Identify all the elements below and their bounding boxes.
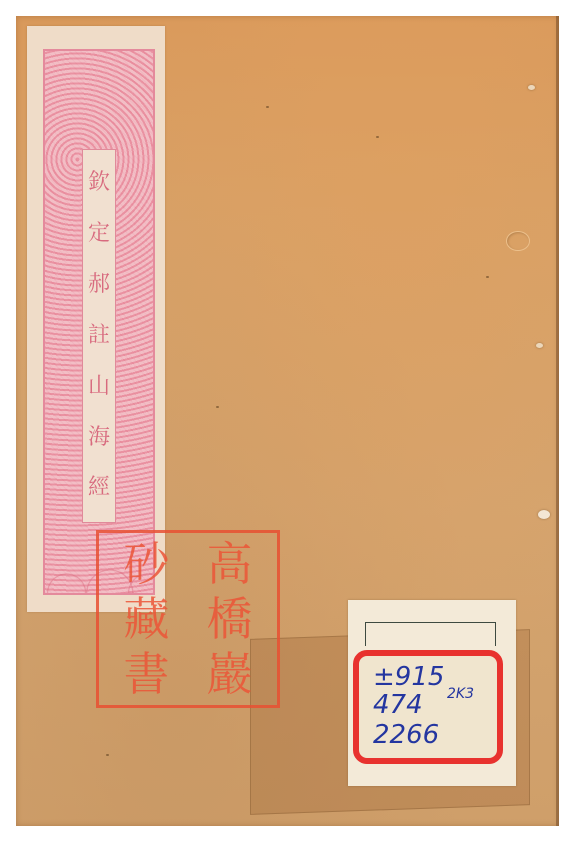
title-char: 山 — [88, 376, 110, 398]
binding-hole — [536, 343, 543, 348]
title-char: 定 — [88, 223, 110, 245]
title-char: 海 — [88, 427, 110, 449]
call-number-line: 2266 — [373, 722, 439, 748]
label-bracket — [365, 622, 496, 646]
title-char: 註 — [88, 325, 110, 347]
title-char: 郝 — [88, 274, 110, 296]
seal-char: 砂 — [105, 537, 188, 592]
seal-char: 藏 — [105, 592, 188, 647]
call-number-annotation: 2K3 — [447, 686, 474, 702]
call-number-line: 474 — [373, 692, 423, 718]
paper-speck — [376, 136, 379, 138]
seal-char: 高 — [188, 537, 271, 592]
call-number-line: ±915 — [373, 664, 444, 690]
title-slip: 欽 定 郝 註 山 海 經 — [27, 26, 165, 612]
cover-edge — [556, 16, 559, 826]
seal-char: 橋 — [188, 592, 271, 647]
paper-wrinkle — [506, 231, 530, 251]
slip-ornamental-border: 欽 定 郝 註 山 海 經 — [43, 49, 155, 595]
call-number-label: ±915 474 2K3 2266 — [348, 600, 516, 786]
paper-speck — [106, 754, 109, 756]
collector-seal: 高 橋 巖 砂 藏 書 — [96, 530, 280, 708]
title-char: 經 — [88, 477, 110, 499]
seal-char: 巖 — [188, 646, 271, 701]
book-title: 欽 定 郝 註 山 海 經 — [82, 149, 116, 523]
seal-char: 書 — [105, 646, 188, 701]
binding-hole — [538, 510, 550, 519]
paper-speck — [216, 406, 219, 408]
binding-hole — [528, 85, 535, 90]
label-red-frame: ±915 474 2K3 2266 — [353, 650, 503, 764]
title-char: 欽 — [88, 172, 110, 194]
paper-speck — [266, 106, 269, 108]
book-cover: 欽 定 郝 註 山 海 經 高 橋 巖 砂 藏 書 ±915 474 2K3 2… — [16, 16, 559, 826]
paper-speck — [486, 276, 489, 278]
